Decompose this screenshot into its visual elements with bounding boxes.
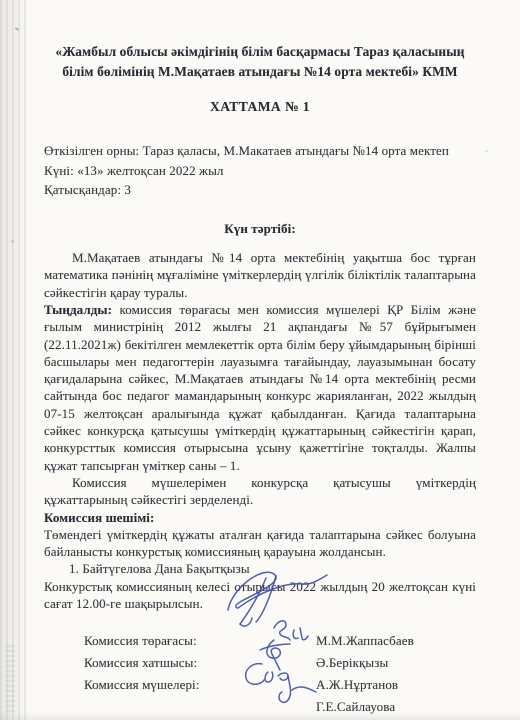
meta-participants-label: Қатысқандар: — [44, 182, 121, 197]
scan-speck — [485, 150, 488, 152]
signature-name: Ә.Берікқызы — [316, 652, 476, 674]
meta-location-value: Тараз қаласы, М.Макатаев атындағы №14 ор… — [143, 143, 449, 158]
signature-role — [44, 696, 316, 718]
candidate-name: Байтүгелова Дана Бақытқызы — [82, 561, 249, 576]
organization-title: «Жамбыл облысы әкімдігінің білім басқарм… — [44, 42, 476, 82]
agenda-paragraph: М.Мақатаев атындағы №14 орта мектебінің … — [44, 249, 476, 301]
signature-block: Комиссия төрағасы: М.М.Жаппасбаев Комисс… — [44, 630, 476, 718]
meta-date-value: «13» желтоқсан 2022 жыл — [77, 163, 223, 178]
scan-speck — [15, 27, 19, 31]
meta-date-label: Күні: — [44, 163, 74, 178]
signature-role: Комиссия хатшысы: — [44, 652, 316, 674]
signature-name: М.М.Жаппасбаев — [316, 630, 476, 652]
signature-row: Комиссия мүшелері: А.Ж.Нұртанов — [44, 674, 476, 696]
signature-role: Комиссия мүшелері: — [44, 674, 316, 696]
decision-paragraph: Төмендегі үміткердің құжаты аталған қағи… — [44, 526, 476, 561]
document-content: «Жамбыл облысы әкімдігінің білім басқарм… — [44, 42, 476, 718]
scanned-protocol-page: «Жамбыл облысы әкімдігінің білім басқарм… — [0, 0, 520, 720]
scan-edge-artifact — [0, 0, 30, 720]
meta-location: Өткізілген орны: Тараз қаласы, М.Макатае… — [44, 141, 476, 161]
heard-label: Тыңдалды: — [44, 302, 112, 317]
signature-row: Г.Е.Сайлауова — [44, 696, 476, 718]
heard-paragraph: Тыңдалды: комиссия төрағасы мен комиссия… — [44, 301, 476, 474]
agenda-heading: Күн тәртібі: — [44, 220, 476, 237]
next-meeting-paragraph: Конкурстық комиссияның келесі отырысы 20… — [44, 578, 476, 613]
candidate-number: 1. — [69, 561, 79, 576]
signature-row: Комиссия төрағасы: М.М.Жаппасбаев — [44, 630, 476, 652]
meta-block: Өткізілген орны: Тараз қаласы, М.Макатае… — [44, 141, 476, 200]
scan-ink-smudge — [6, 645, 15, 713]
heard-text: комиссия төрағасы мен комиссия мүшелері … — [44, 302, 476, 473]
meta-participants: Қатысқандар: 3 — [44, 180, 476, 200]
scan-speck — [11, 240, 14, 243]
signature-row: Комиссия хатшысы: Ә.Берікқызы — [44, 652, 476, 674]
candidate-item: 1. Байтүгелова Дана Бақытқызы — [44, 560, 476, 577]
meta-participants-value: 3 — [124, 182, 131, 197]
signature-role: Комиссия төрағасы: — [44, 630, 316, 652]
meta-date: Күні: «13» желтоқсан 2022 жыл — [44, 161, 476, 181]
review-paragraph: Комиссия мүшелерімен конкурсқа қатысушы … — [44, 474, 476, 509]
signature-name: Г.Е.Сайлауова — [316, 696, 476, 718]
organization-title-line2: білім бөлімінің М.Мақатаев атындағы №14 … — [44, 62, 476, 82]
meta-location-label: Өткізілген орны: — [44, 143, 139, 158]
signature-name: А.Ж.Нұртанов — [316, 674, 476, 696]
protocol-title: ХАТТАМА № 1 — [44, 98, 476, 115]
decision-heading: Комиссия шешімі: — [44, 509, 476, 526]
organization-title-line1: «Жамбыл облысы әкімдігінің білім басқарм… — [44, 42, 476, 62]
